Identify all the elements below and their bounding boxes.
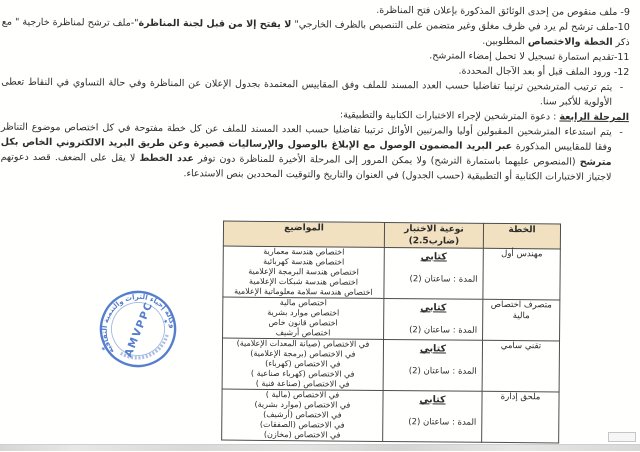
exam-type-cell: كتابيالمدة : ساعتان (2) — [383, 390, 482, 442]
exam-type-label: كتابي — [383, 394, 481, 406]
table-header-plan: الخطة — [483, 223, 560, 249]
stage-four-title: المرحلة الرابعة — [559, 111, 629, 123]
top-text-block: 9- ملف منقوص من إحدى الوثائق المذكورة بإ… — [0, 0, 630, 185]
exam-type-cell: كتابيالمدة : ساعتان (2) — [383, 339, 482, 391]
exam-type-cell: كتابيالمدة : ساعتان (2) — [384, 247, 483, 299]
topics-cell: اختصاص ماليةاختصاص موارد بشريةاختصاص قان… — [223, 297, 384, 339]
table-row: مهندس أولكتابيالمدة : ساعتان (2)اختصاص ه… — [223, 246, 560, 300]
plan-cell: تقني سامي — [482, 340, 559, 392]
exam-type-label: كتابي — [385, 251, 483, 263]
exam-schedule-table: الخطة نوعية الاختبار (ضارب2.5) المواضيع … — [221, 221, 561, 444]
scan-artifact-box — [608, 432, 636, 442]
exam-duration-label: المدة : ساعتان (2) — [384, 325, 482, 336]
topic-line: في الاختصاص (صيانة المعدات الإعلامية) — [223, 339, 383, 350]
stage-four-subtitle: : دعوة المترشحين لإجراء الاختبارات الكتا… — [340, 110, 560, 123]
ranking-note-text: يتم ترتيب المترشحين ترتيبا تفاضليا حسب ا… — [1, 77, 612, 108]
topic-line: اختصاص أرشيف — [223, 328, 383, 339]
bullet-dash: - — [619, 125, 623, 140]
topic-line: في الاختصاص (مخازن) — [222, 430, 382, 441]
exam-type-label: كتابي — [384, 302, 482, 314]
ranking-note-bullet: - يتم ترتيب المترشحين ترتيبا تفاضليا حسب… — [1, 75, 629, 110]
table-row: ملحق إدارةكتابيالمدة : ساعتان (2)في الاخ… — [222, 389, 559, 443]
scan-shadow-band — [0, 444, 640, 451]
table-row: تقني ساميكتابيالمدة : ساعتان (2)في الاخت… — [222, 338, 559, 392]
table-header-row: الخطة نوعية الاختبار (ضارب2.5) المواضيع — [223, 221, 560, 249]
table-header-exam: نوعية الاختبار (ضارب2.5) — [384, 222, 483, 248]
exam-duration-label: المدة : ساعتان (2) — [385, 274, 483, 285]
exam-duration-label: المدة : ساعتان (2) — [384, 366, 482, 377]
official-stamp: وكالة إحياء التراث والتنمية الثقافية AMV… — [88, 279, 188, 379]
plan-cell: مهندس أول — [483, 248, 560, 300]
exam-type-label: كتابي — [384, 343, 482, 355]
topics-cell: في الاختصاص (صيانة المعدات الإعلامية)في … — [222, 338, 383, 390]
topics-cell: في الاختصاص (مالية )في الاختصاص (موارد ب… — [222, 389, 383, 441]
table-header-topics: المواضيع — [223, 221, 384, 247]
topic-line: اختصاص هندسة البرمجة الإعلامية — [224, 267, 384, 278]
exam-duration-label: المدة : ساعتان (2) — [383, 417, 481, 428]
table-row: متصرف اختصاص ماليةكتابيالمدة : ساعتان (2… — [223, 297, 560, 341]
bullet-dash: - — [620, 80, 624, 95]
document-content: 9- ملف منقوص من إحدى الوثائق المذكورة بإ… — [0, 0, 640, 452]
invitation-note-text: يتم استدعاء المترشحين المقبولين أوليا وا… — [1, 122, 612, 183]
stamp-center-text: AMVPPC — [122, 300, 155, 359]
topic-line: اختصاص هندسة سلامة معلوماتية الإعلامية — [223, 287, 383, 298]
topics-cell: اختصاص هندسة معماريةاختصاص هندسة كهربائي… — [223, 246, 384, 298]
topic-line: في الاختصاص (صناعة فنية ) — [223, 379, 383, 390]
plan-cell: متصرف اختصاص مالية — [483, 299, 560, 341]
plan-cell: ملحق إدارة — [482, 391, 559, 443]
invitation-note-bullet: - يتم استدعاء المترشحين المقبولين أوليا … — [0, 120, 628, 185]
exam-type-cell: كتابيالمدة : ساعتان (2) — [384, 298, 483, 340]
scanned-document-page: 9- ملف منقوص من إحدى الوثائق المذكورة بإ… — [0, 0, 640, 452]
